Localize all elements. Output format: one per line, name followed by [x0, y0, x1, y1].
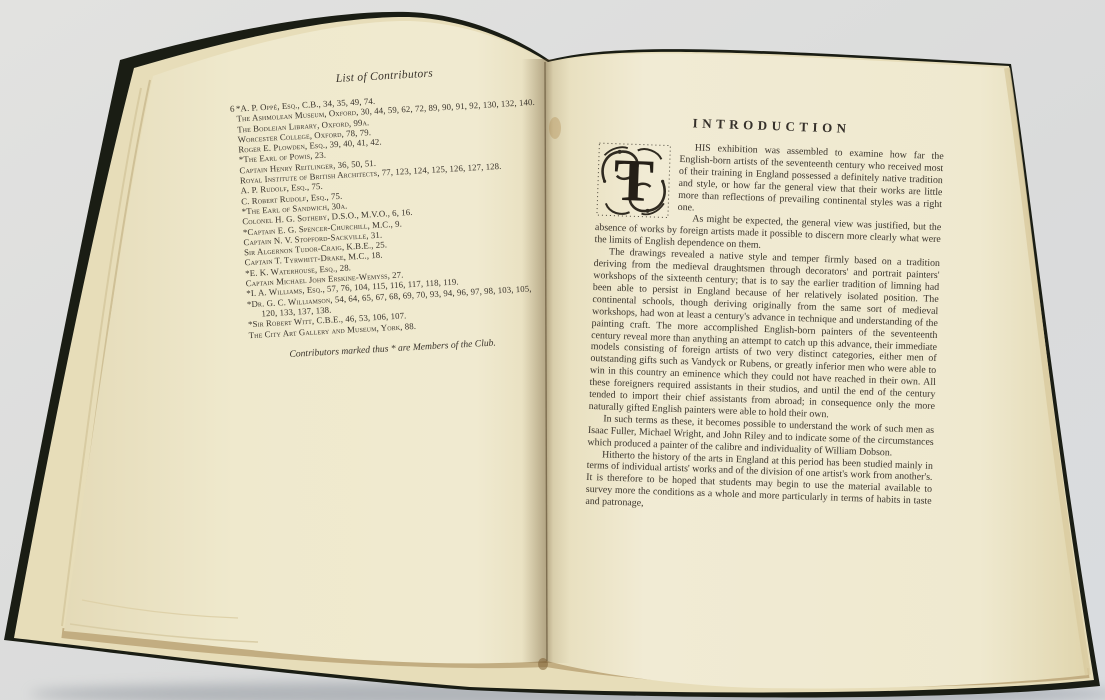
paragraph: Hitherto the history of the arts in Engl… [585, 448, 933, 520]
left-page: List of Contributors 6 *A. P. Oppé, Esq.… [218, 61, 567, 363]
right-page: INTRODUCTION T [585, 112, 945, 520]
woodcut-initial-decoration: T [595, 141, 672, 220]
page-number: 6 [230, 104, 235, 114]
ornate-initial-capital: T [595, 141, 672, 220]
photo-of-open-book: List of Contributors 6 *A. P. Oppé, Esq.… [0, 0, 1105, 700]
foxing-stain [538, 658, 548, 670]
drop-cap-letter: T [613, 147, 655, 214]
paragraph: The drawings revealed a native style and… [589, 246, 941, 425]
introduction-body: T HIS exhibition was assembled to examin… [585, 139, 944, 520]
contributors-list: *A. P. Oppé, Esq., C.B., 34, 35, 49, 74.… [236, 87, 549, 340]
